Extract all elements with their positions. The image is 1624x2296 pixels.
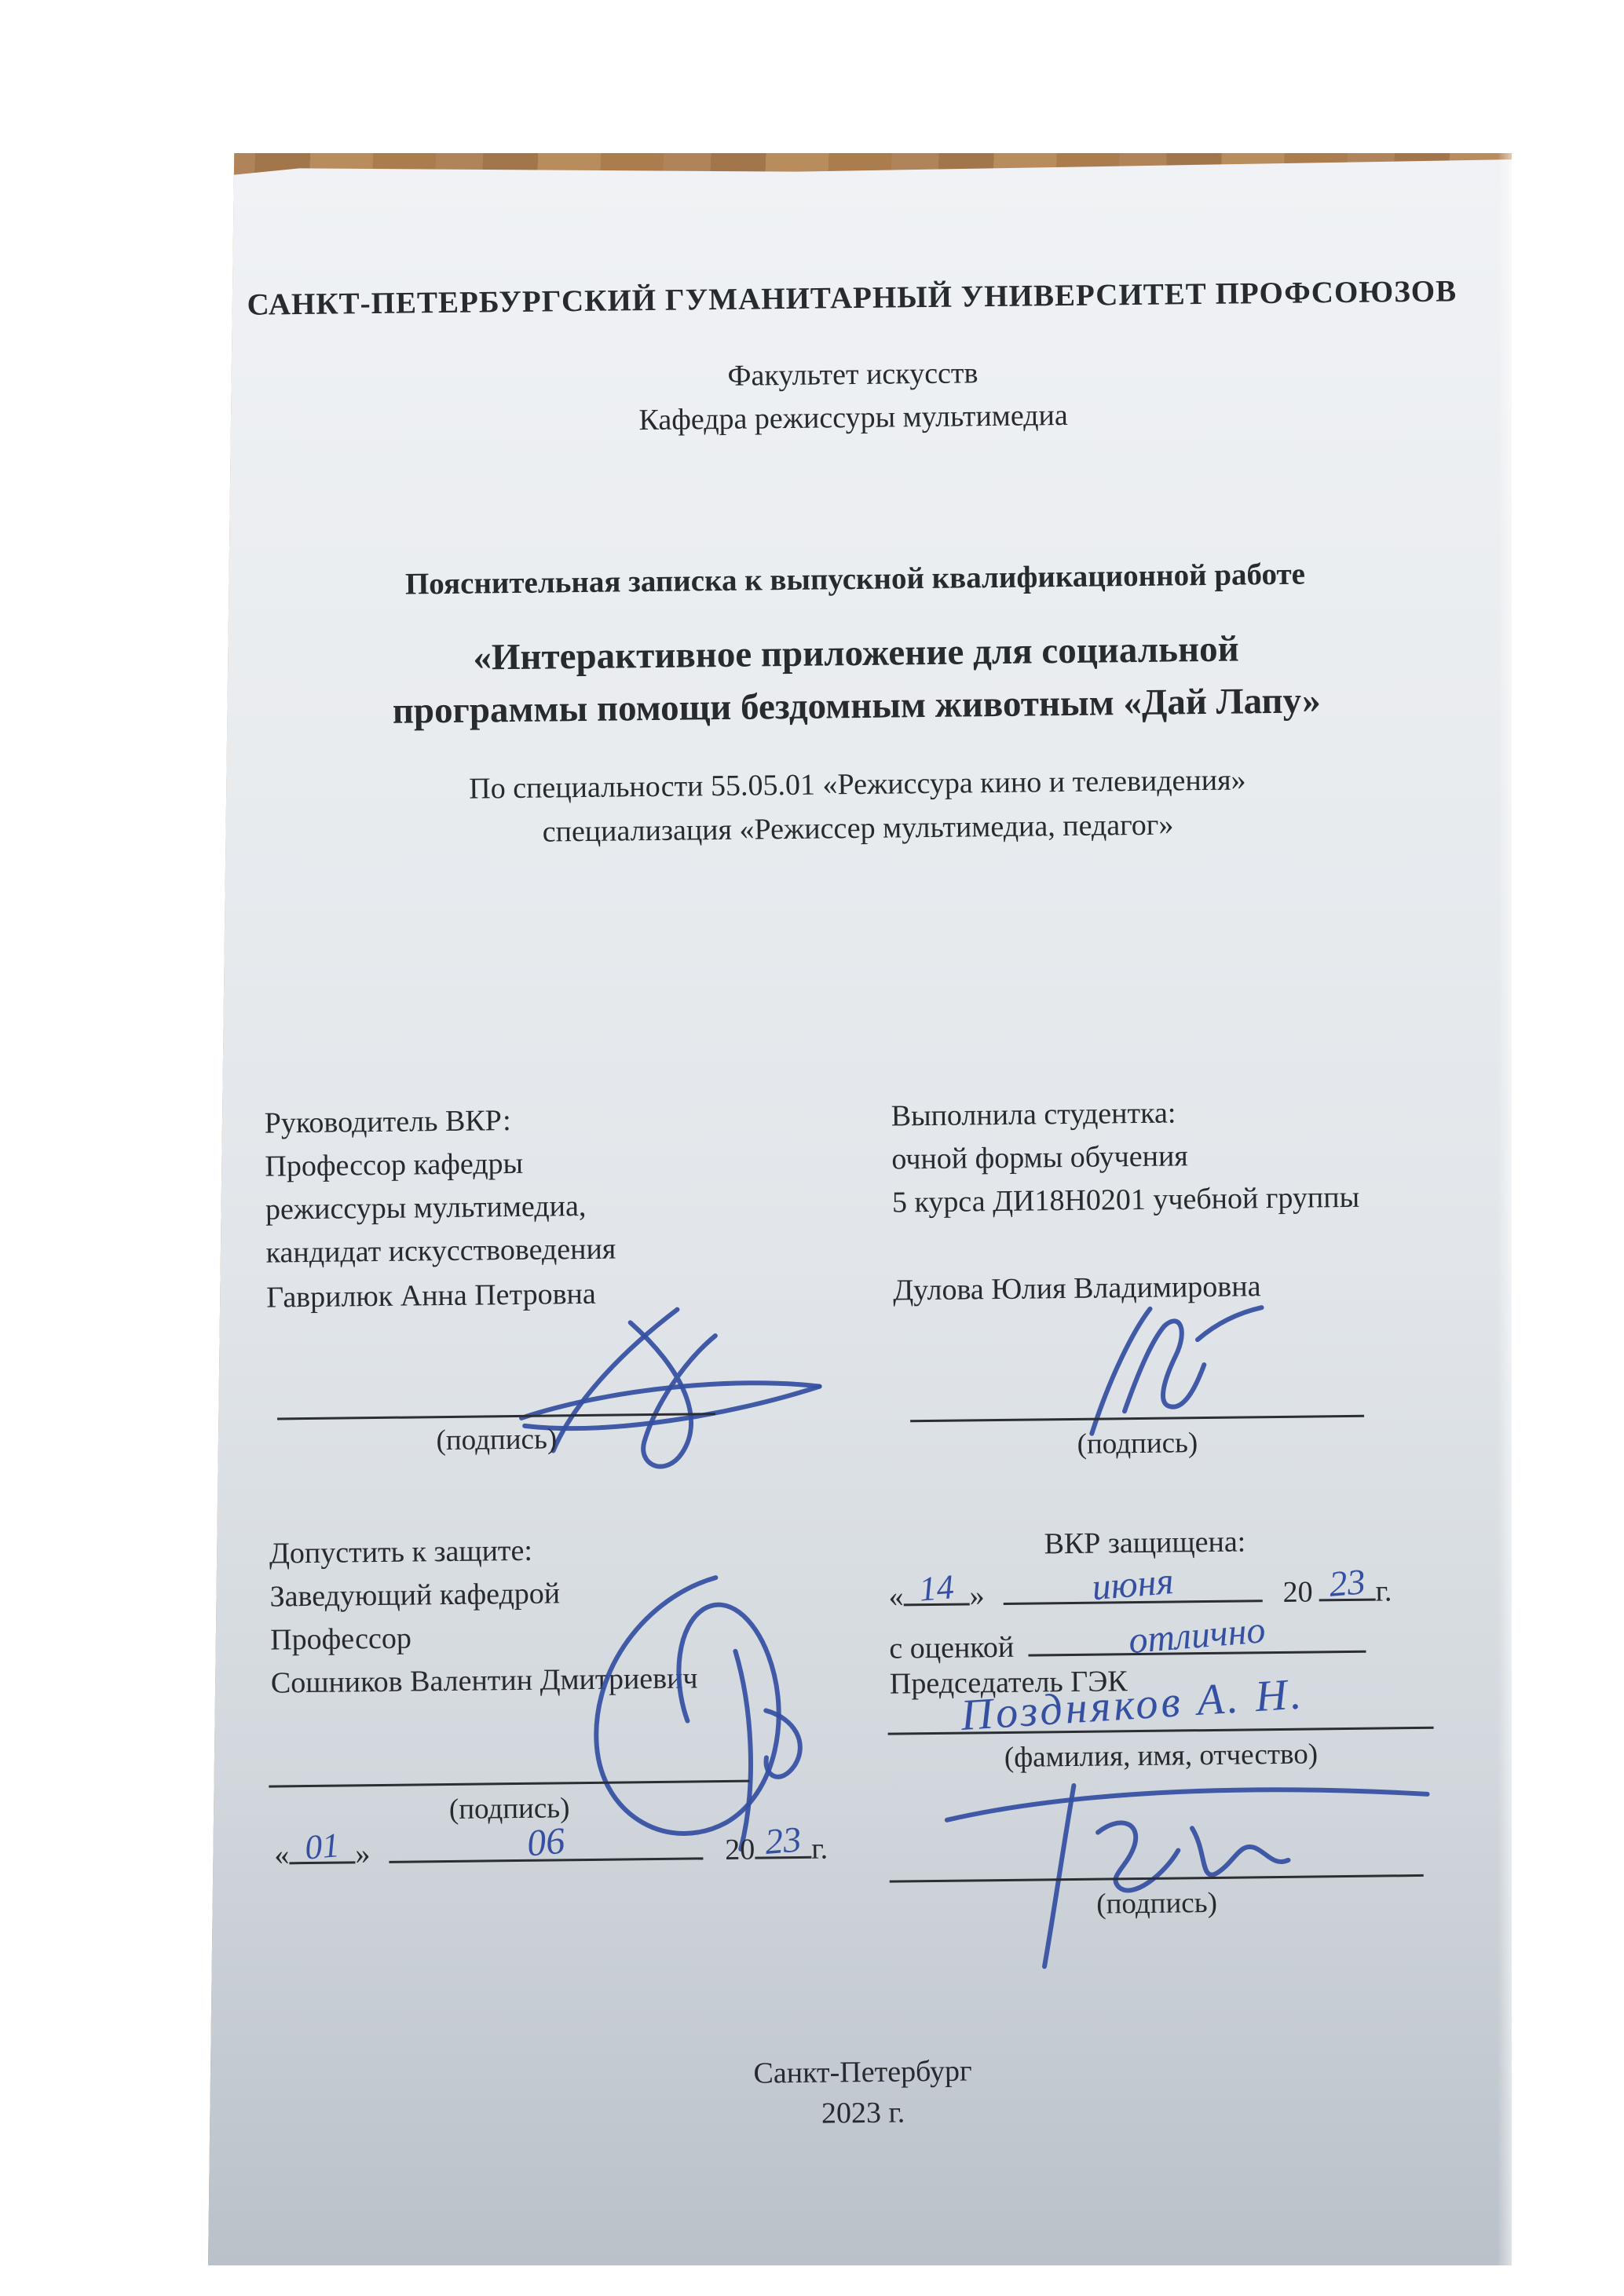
defense-date-row: «14»июня2023г. xyxy=(888,1565,1392,1614)
supervisor-signature-caption: (подпись) xyxy=(277,1420,715,1459)
supervisor-signature xyxy=(474,1293,838,1486)
student-signature-caption: (подпись) xyxy=(910,1424,1364,1464)
admission-year-prefix: 20 xyxy=(725,1833,755,1867)
supervisor-role-3: кандидат искусствоведения xyxy=(265,1228,616,1275)
chairman-signature xyxy=(927,1747,1448,1972)
grade-slot: отлично xyxy=(1028,1618,1366,1657)
admission-day-value: 01 xyxy=(303,1825,341,1867)
defense-grade-row: с оценкойотлично xyxy=(889,1618,1366,1666)
admission-year-value: 23 xyxy=(763,1818,803,1863)
department-name: Кафедра режиссуры мультимедиа xyxy=(201,393,1505,443)
footer-city: Санкт-Петербург xyxy=(210,2048,1514,2097)
work-type-note: Пояснительная записка к выпускной квалиф… xyxy=(203,554,1507,605)
admission-date-row: «01»062023г. xyxy=(274,1823,828,1873)
supervisor-role-1: Профессор кафедры xyxy=(265,1142,615,1189)
defense-year-prefix: 20 xyxy=(1282,1575,1312,1610)
student-block: Выполнила студентка: очной формы обучени… xyxy=(891,1090,1359,1225)
specialization-line: специализация «Режиссер мультимедиа, пед… xyxy=(206,804,1509,854)
student-line-2: 5 курса ДИ18Н0201 учебной группы xyxy=(892,1176,1360,1225)
defense-quote-open: « xyxy=(888,1579,903,1614)
supervisor-block: Руководитель ВКР: Профессор кафедры режи… xyxy=(264,1099,616,1275)
admission-month-slot: 06 xyxy=(389,1824,703,1863)
thesis-title-line2: программы помощи бездомным животным «Дай… xyxy=(205,678,1509,735)
admission-signature-caption: (подпись) xyxy=(269,1790,749,1829)
title-page-content: САНКТ-ПЕТЕРБУРГСКИЙ ГУМАНИТАРНЫЙ УНИВЕРС… xyxy=(199,146,1526,2273)
specialty-line: По специальности 55.05.01 «Режиссура кин… xyxy=(206,760,1509,810)
university-name: САНКТ-ПЕТЕРБУРГСКИЙ ГУМАНИТАРНЫЙ УНИВЕРС… xyxy=(200,273,1504,324)
defense-year-suffix: г. xyxy=(1375,1574,1392,1608)
admission-quote-close: » xyxy=(355,1837,370,1871)
admission-year-suffix: г. xyxy=(811,1832,828,1866)
footer-year: 2023 г. xyxy=(211,2089,1515,2138)
defense-year-value: 23 xyxy=(1327,1560,1366,1605)
student-heading: Выполнила студентка: xyxy=(891,1090,1359,1139)
supervisor-role-2: режиссуры мультимедиа, xyxy=(265,1185,616,1232)
defense-month-slot: июня xyxy=(1003,1567,1262,1605)
defense-month-value: июня xyxy=(1090,1559,1175,1609)
chairman-signature-caption: (подпись) xyxy=(890,1884,1424,1924)
supervisor-heading: Руководитель ВКР: xyxy=(264,1099,614,1146)
student-signature xyxy=(1071,1281,1277,1448)
defense-day-value: 14 xyxy=(918,1567,956,1609)
grade-value: отлично xyxy=(1127,1608,1267,1662)
faculty-name: Факультет искусств xyxy=(201,350,1505,400)
admission-day-slot: 01 xyxy=(289,1828,356,1864)
defense-quote-close: » xyxy=(969,1578,984,1613)
admission-year-slot: 23 xyxy=(755,1823,812,1859)
document-photo: САНКТ-ПЕТЕРБУРГСКИЙ ГУМАНИТАРНЫЙ УНИВЕРС… xyxy=(208,153,1512,2265)
admission-month-value: 06 xyxy=(525,1819,566,1866)
defense-year-slot: 23 xyxy=(1319,1566,1376,1602)
student-line-1: очной формы обучения xyxy=(891,1133,1359,1182)
grade-label: с оценкой xyxy=(889,1630,1014,1666)
defense-heading: ВКР защищена: xyxy=(894,1523,1396,1563)
admission-quote-open: « xyxy=(274,1837,289,1872)
thesis-title-line1: «Интерактивное приложение для социальной xyxy=(204,625,1509,682)
defense-day-slot: 14 xyxy=(903,1570,970,1606)
